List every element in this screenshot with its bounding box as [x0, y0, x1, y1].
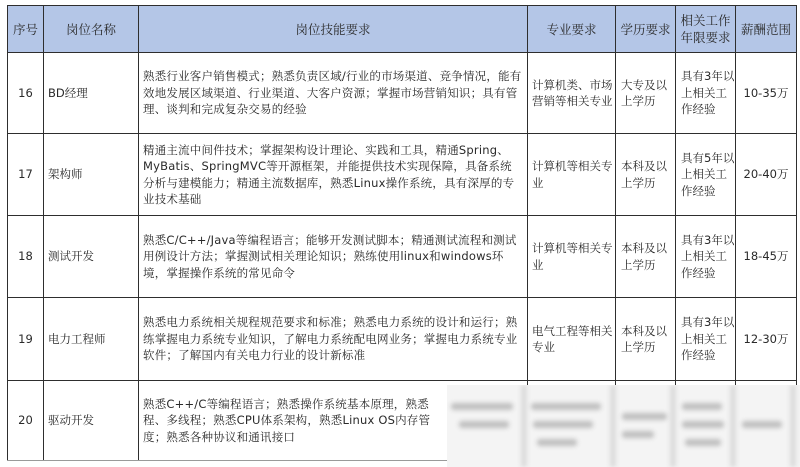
cell-education: 本科及以上学历 [616, 298, 676, 381]
cell-education: 本科及以上学历 [616, 134, 676, 216]
blurred-text [622, 413, 667, 420]
cell-name: 电力工程师 [44, 298, 139, 381]
cell-skills: 熟悉行业客户销售模式；熟悉负责区域/行业的市场渠道、竞争情况，能有效地发展区域渠… [139, 53, 528, 134]
table-row: 19 电力工程师 熟悉电力系统相关规程规范要求和标准；熟悉电力系统的设计和运行；… [8, 298, 797, 381]
blurred-text [459, 421, 509, 428]
blurred-text [685, 439, 721, 446]
header-salary: 薪酬范围 [736, 6, 797, 53]
cell-education: 大专及以上学历 [616, 53, 676, 134]
cell-experience: 具有3年以上相关工作经验 [676, 298, 736, 381]
cell-name: 驱动开发 [44, 381, 139, 461]
blurred-divider [730, 385, 736, 467]
cell-no: 19 [8, 298, 44, 381]
blurred-text [531, 403, 601, 410]
cell-education: 本科及以上学历 [616, 216, 676, 298]
cell-name: 测试开发 [44, 216, 139, 298]
cell-major: 电气工程等相关专业 [528, 298, 616, 381]
header-skills: 岗位技能要求 [139, 6, 528, 53]
blurred-divider [521, 385, 527, 467]
header-education: 学历要求 [616, 6, 676, 53]
cell-salary: 20-40万 [736, 134, 797, 216]
blurred-text [533, 421, 593, 428]
cell-no: 16 [8, 53, 44, 134]
cell-no: 20 [8, 381, 44, 461]
blurred-divider [670, 385, 676, 467]
cell-major: 计算机类、市场营销等相关专业 [528, 53, 616, 134]
header-major: 专业要求 [528, 6, 616, 53]
blurred-text [682, 403, 722, 410]
table-row: 17 架构师 精通主流中间件技术；掌握架构设计理论、实践和工具，精通Spring… [8, 134, 797, 216]
cell-major: 计算机等相关专业 [528, 134, 616, 216]
blurred-region [447, 385, 800, 467]
cell-name: BD经理 [44, 53, 139, 134]
blurred-text [451, 403, 513, 410]
blurred-text [682, 421, 724, 428]
cell-experience: 具有3年以上相关工作经验 [676, 216, 736, 298]
cell-salary: 18-45万 [736, 216, 797, 298]
blurred-divider [790, 385, 796, 467]
blurred-divider [610, 385, 616, 467]
cell-skills: 熟悉电力系统相关规程规范要求和标准；熟悉电力系统的设计和运行；熟练掌握电力系统专… [139, 298, 528, 381]
cell-skills: 熟悉C/C++/Java等编程语言；能够开发测试脚本；精通测试流程和测试用例设计… [139, 216, 528, 298]
header-no: 序号 [8, 6, 44, 53]
table-header-row: 序号 岗位名称 岗位技能要求 专业要求 学历要求 相关工作年限要求 薪酬范围 [8, 6, 797, 53]
blurred-text [742, 421, 782, 428]
table-row: 18 测试开发 熟悉C/C++/Java等编程语言；能够开发测试脚本；精通测试流… [8, 216, 797, 298]
cell-major: 计算机等相关专业 [528, 216, 616, 298]
blurred-text [537, 439, 577, 446]
cell-experience: 具有3年以上相关工作经验 [676, 53, 736, 134]
cell-salary: 10-35万 [736, 53, 797, 134]
cell-salary: 12-30万 [736, 298, 797, 381]
header-name: 岗位名称 [44, 6, 139, 53]
table-row: 16 BD经理 熟悉行业客户销售模式；熟悉负责区域/行业的市场渠道、竞争情况，能… [8, 53, 797, 134]
cell-experience: 具有5年以上相关工作经验 [676, 134, 736, 216]
cell-no: 17 [8, 134, 44, 216]
blurred-text [622, 431, 654, 438]
cell-name: 架构师 [44, 134, 139, 216]
header-experience: 相关工作年限要求 [676, 6, 736, 53]
cell-skills: 精通主流中间件技术；掌握架构设计理论、实践和工具，精通Spring、MyBati… [139, 134, 528, 216]
cell-no: 18 [8, 216, 44, 298]
